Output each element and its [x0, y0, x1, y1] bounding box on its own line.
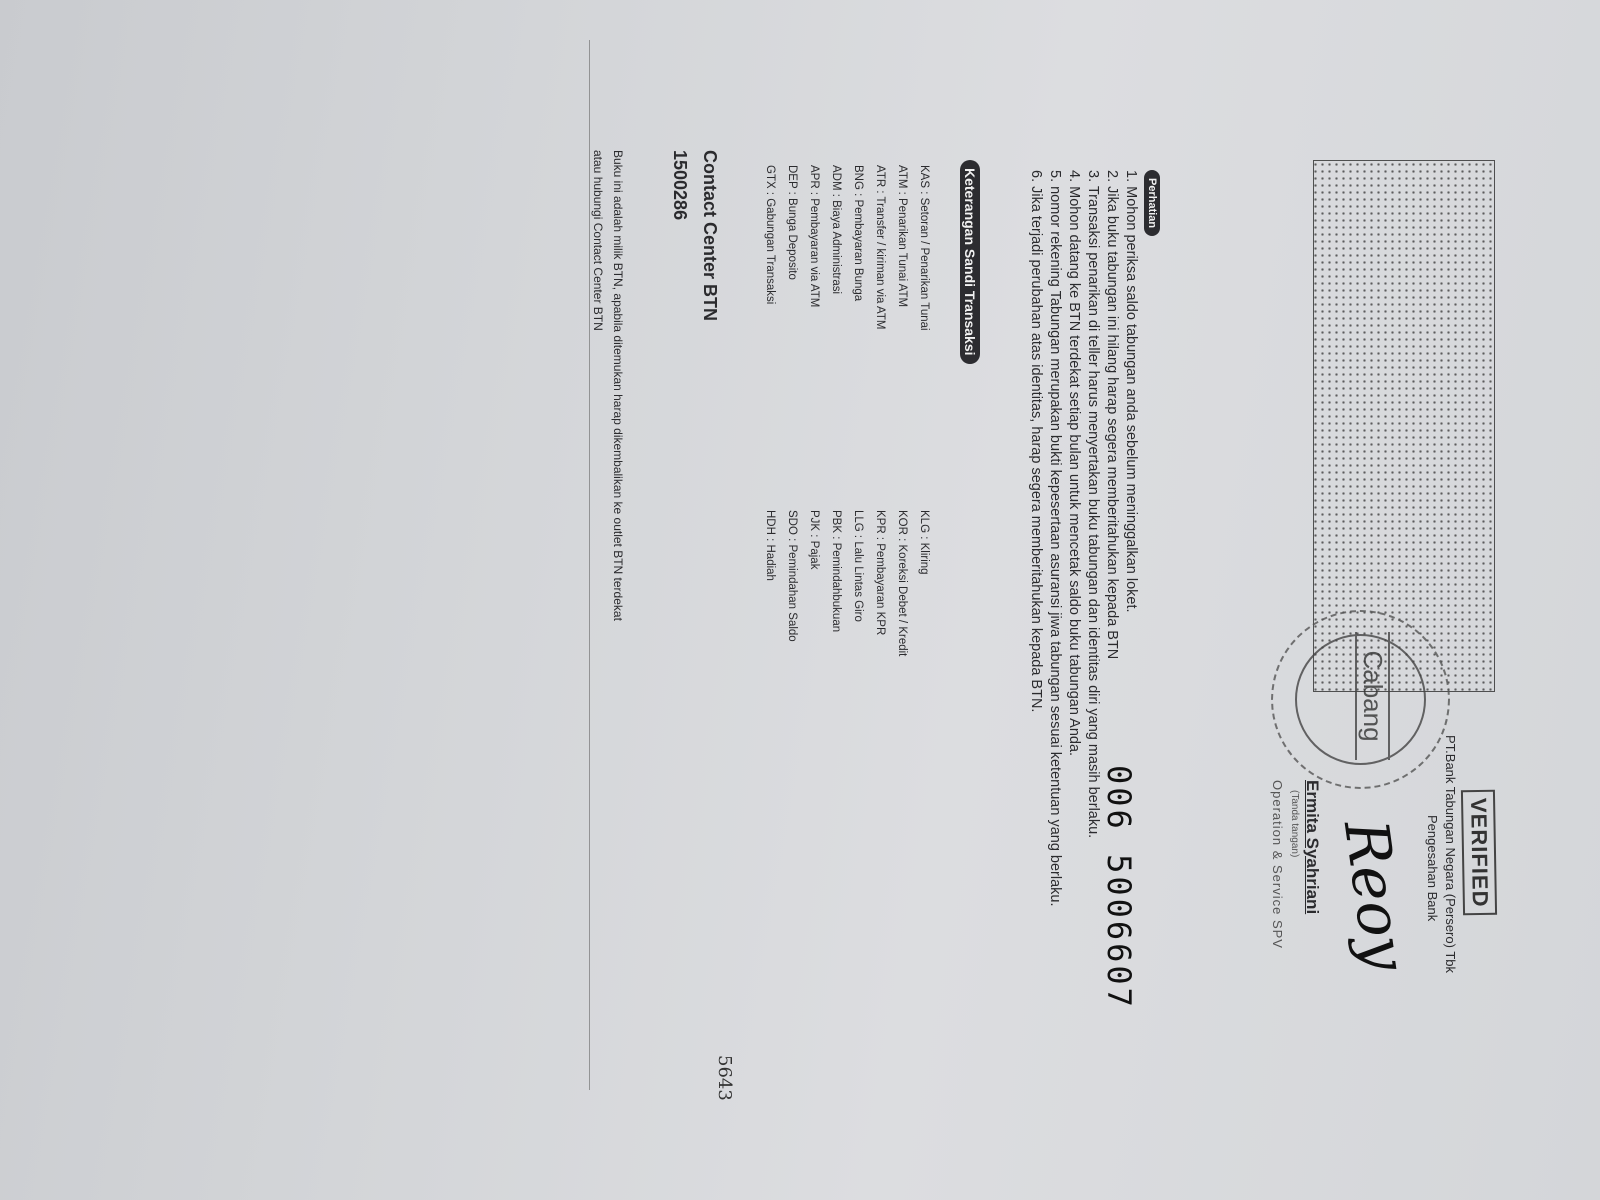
code-item: KLG : Kliring: [913, 510, 935, 656]
footer-line: Buku ini adalah milik BTN, apabila ditem…: [608, 150, 628, 621]
transaction-codes-left: KAS : Setoran / Penarikan Tunai ATM : Pe…: [759, 165, 935, 331]
bank-name: PT.Bank Tabungan Negara (Persero) Tbk: [1443, 735, 1458, 973]
code-item: APR : Pembayaran via ATM: [803, 165, 825, 331]
code-item: PJK : Pajak: [803, 510, 825, 656]
notice-item: 4. Mohon datang ke BTN terdekat setiap b…: [1064, 170, 1083, 907]
rotated-document: Cabang VERIFIED PT.Bank Tabungan Negara …: [0, 0, 1600, 1200]
notice-item: 6. Jika terjadi perubahan atas identitas…: [1026, 170, 1045, 907]
signer-name: Ermita Syahriani: [1302, 780, 1322, 914]
code-item: KAS : Setoran / Penarikan Tunai: [913, 165, 935, 331]
code-item: KPR : Pembayaran KPR: [869, 510, 891, 656]
contact-center-number: 1500286: [669, 150, 690, 220]
handwritten-page-number: 5643: [714, 1055, 735, 1101]
page-edge-line: [589, 40, 590, 1090]
code-item: ADM : Biaya Administrasi: [825, 165, 847, 331]
scanned-page: Cabang VERIFIED PT.Bank Tabungan Negara …: [0, 0, 1600, 1200]
code-item: LLG : Lalu Lintas Giro: [847, 510, 869, 656]
perhatian-label: Perhatian: [1144, 170, 1160, 236]
transaction-codes-right: KLG : Kliring KOR : Koreksi Debet / Kred…: [759, 510, 935, 656]
verified-stamp: VERIFIED: [1461, 790, 1497, 916]
round-stamp-center-text: Cabang: [1355, 632, 1390, 760]
contact-center-title: Contact Center BTN: [699, 150, 720, 321]
signer-note: (Tanda tangan): [1289, 790, 1300, 857]
footer-note: Buku ini adalah milik BTN, apabila ditem…: [588, 150, 628, 621]
notice-item: 5. nomor rekening Tabungan merupakan buk…: [1045, 170, 1064, 907]
code-item: ATR : Transfer / kiriman via ATM: [869, 165, 891, 331]
transaction-codes-title: Keterangan Sandi Transaksi: [960, 160, 980, 364]
code-item: HDH : Hadiah: [759, 510, 781, 656]
code-item: GTX : Gabungan Transaksi: [759, 165, 781, 331]
signer-role: Operation & Service SPV: [1270, 780, 1285, 949]
code-item: PBK : Pemindahbukuan: [825, 510, 847, 656]
signature: Reoy: [1330, 816, 1420, 975]
code-item: ATM : Penarikan Tunai ATM: [891, 165, 913, 331]
code-item: KOR : Koreksi Debet / Kredit: [891, 510, 913, 656]
footer-line: atau hubungi Contact Center BTN: [588, 150, 608, 621]
code-item: BNG : Pembayaran Bunga: [847, 165, 869, 331]
code-item: DEP : Bunga Deposito: [781, 165, 803, 331]
code-item: SDO : Pemindahan Saldo: [781, 510, 803, 656]
account-number: 006 5006607: [1100, 765, 1138, 1010]
bank-round-stamp: Cabang: [1271, 610, 1450, 789]
bank-validation-label: Pengesahan Bank: [1425, 815, 1440, 921]
